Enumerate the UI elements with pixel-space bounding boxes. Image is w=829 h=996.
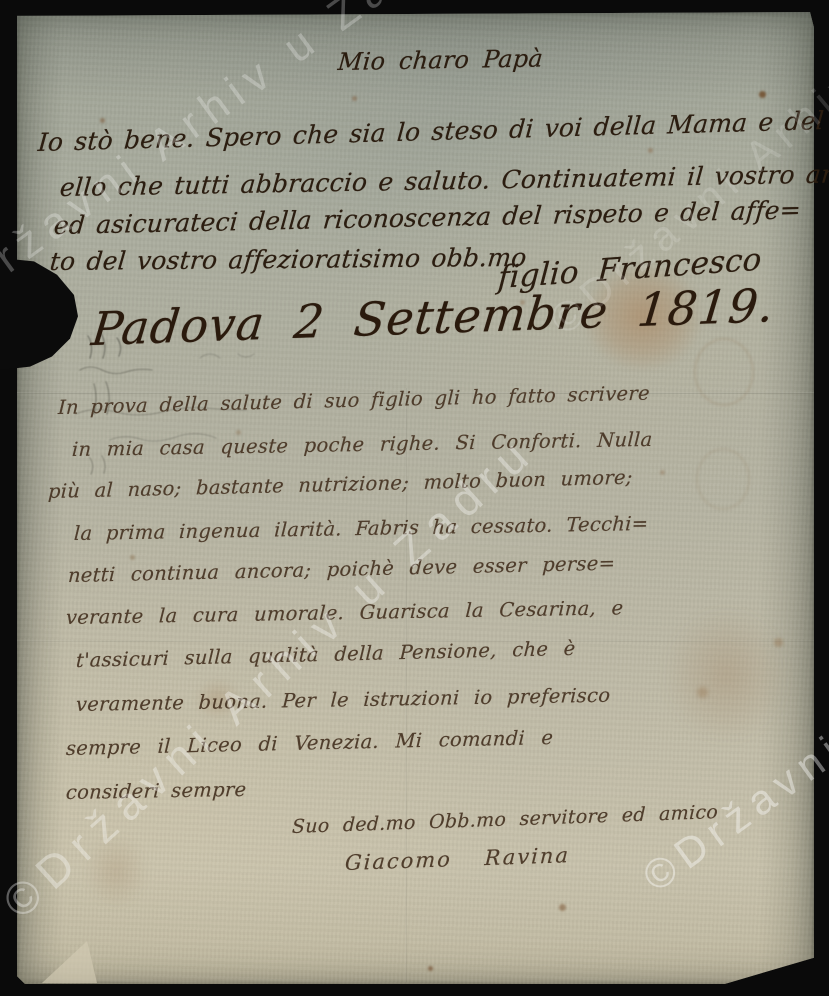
salutation-line: Mio charo Papà <box>337 44 544 76</box>
small-stain <box>84 834 148 908</box>
handwriting-line: to del vostro affezioratisimo obb.mo <box>49 243 528 276</box>
seal-ghost-mark <box>694 338 754 406</box>
faded-stain <box>664 608 788 742</box>
letter-scan: Mio charo Papà Io stò bene. Spero che si… <box>0 0 829 996</box>
seal-ghost-mark <box>696 448 750 510</box>
postscript-line: consideri sempre <box>65 778 247 804</box>
foxing-spots <box>0 0 5 5</box>
